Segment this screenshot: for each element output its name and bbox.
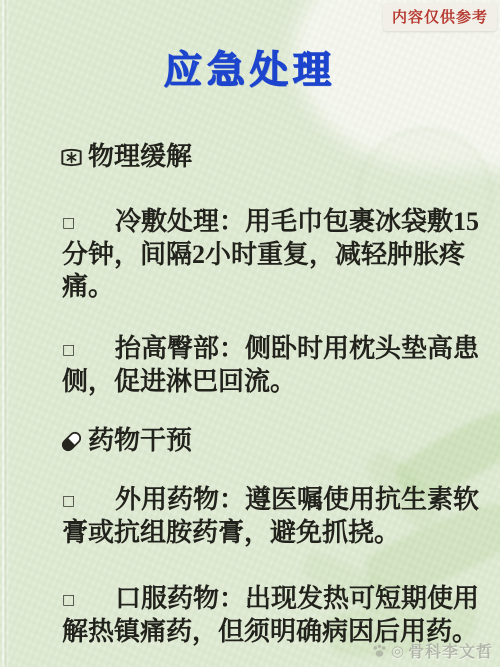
paw-icon xyxy=(371,642,388,659)
section-heading-label: 药物干预 xyxy=(88,426,192,456)
bullet-cold-compress: □冷敷处理：用毛巾包裹冰袋敷15分钟，间隔2小时重复，减轻肿胀疼痛。 xyxy=(62,206,484,303)
section-heading-physical: 物理缓解 xyxy=(58,142,484,172)
bullet-square-marker: □ xyxy=(62,207,115,239)
watermark: ◎ 骨科李文哲 xyxy=(371,639,493,662)
watermark-text: 骨科李文哲 xyxy=(408,639,493,662)
first-aid-kit-icon xyxy=(58,144,85,171)
section-heading-medication: 药物干预 xyxy=(58,426,484,456)
disclaimer-badge: 内容仅供参考 xyxy=(383,3,497,31)
bullet-text: 外用药物：遵医嘱使用抗生素软膏或抗组胺药膏，避免抓挠。 xyxy=(62,485,479,547)
bullet-square-marker: □ xyxy=(62,334,115,366)
bullet-square-marker: □ xyxy=(62,584,115,616)
bullet-elevate-hip: □抬高臀部：侧卧时用枕头垫高患侧，促进淋巴回流。 xyxy=(62,333,484,398)
bullet-topical-drugs: □外用药物：遵医嘱使用抗生素软膏或抗组胺药膏，避免抓挠。 xyxy=(62,484,484,549)
poster-page: 内容仅供参考 应急处理 物理缓解 □冷敷处理：用毛巾包裹冰袋敷15分钟，间隔2小… xyxy=(0,0,500,667)
bullet-square-marker: □ xyxy=(62,485,115,517)
bullet-text: 抬高臀部：侧卧时用枕头垫高患侧，促进淋巴回流。 xyxy=(62,334,479,396)
double-circle-icon: ◎ xyxy=(391,642,405,660)
capsule-icon xyxy=(58,428,85,455)
bullet-text: 口服药物：出现发热可短期使用解热镇痛药，但须明确病因后用药。 xyxy=(62,584,479,646)
bullet-text: 冷敷处理：用毛巾包裹冰袋敷15分钟，间隔2小时重复，减轻肿胀疼痛。 xyxy=(62,207,479,301)
section-heading-label: 物理缓解 xyxy=(88,142,192,172)
page-title: 应急处理 xyxy=(0,50,500,92)
